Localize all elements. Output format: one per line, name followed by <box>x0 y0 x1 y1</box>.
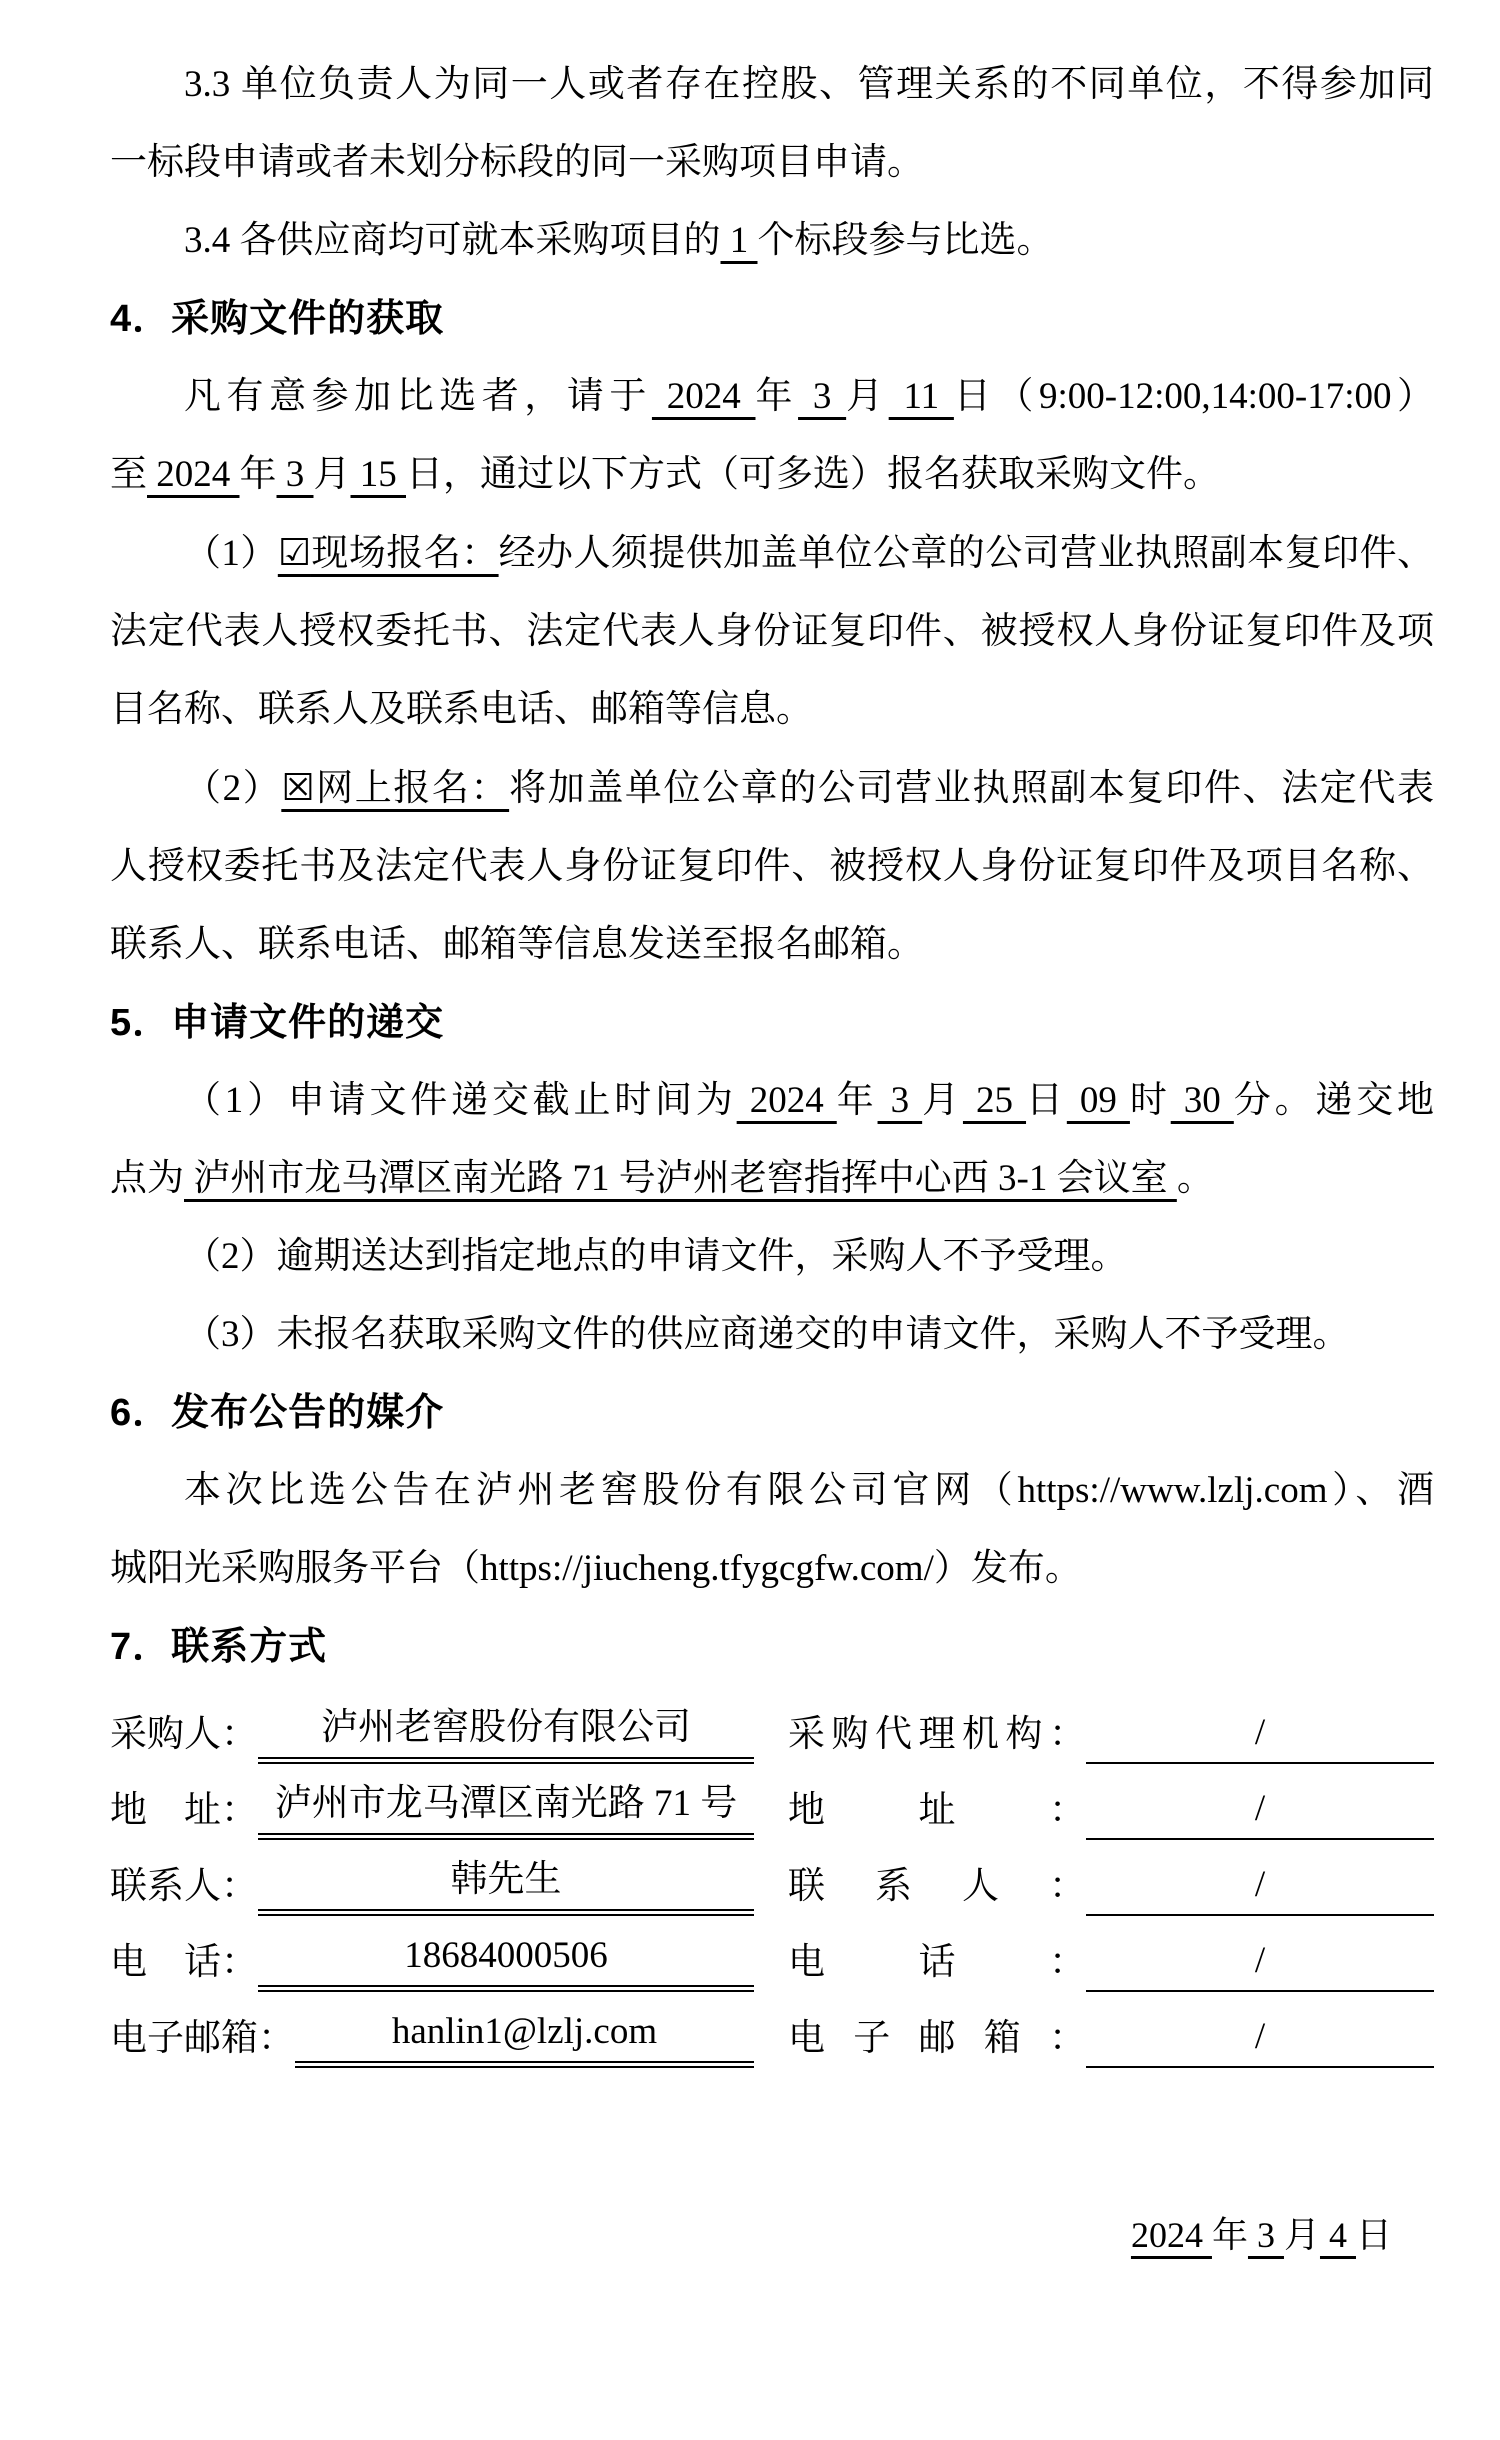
text-run: 经办人须提供加盖单位公章的公司营业执照副本复印件、 <box>499 533 1434 574</box>
paragraph: 3.3 单位负责人为同一人或者存在控股、管理关系的不同单位，不得参加同一标段申请… <box>110 46 1434 202</box>
text-run: 3.4 各供应商均可就本采购项目的 <box>184 220 721 261</box>
contact-table: 采购人：泸州老窖股份有限公司采购代理机构：/地 址：泸州市龙马潭区南光路 71 … <box>110 1688 1434 2068</box>
contact-label: 联系人： <box>788 1858 1086 1916</box>
text-line: 至 2024 年 3 月 15 日，通过以下方式（可多选）报名获取采购文件。 <box>110 436 1434 514</box>
text-line: 城阳光采购服务平台（https://jiucheng.tfygcgfw.com/… <box>110 1530 1434 1608</box>
date-segment: 2024 <box>1131 2215 1212 2255</box>
contact-value: 泸州市龙马潭区南光路 71 号 <box>258 1775 754 1840</box>
text-run: 3 <box>277 454 314 495</box>
text-run: 凡有意参加比选者，请于 <box>184 376 652 417</box>
text-run: 。 <box>1177 1158 1214 1199</box>
paragraph: 本次比选公告在泸州老窖股份有限公司官网（https://www.lzlj.com… <box>110 1452 1434 1608</box>
contact-label: 联系人： <box>110 1858 258 1916</box>
text-run: 城阳光采购服务平台（https://jiucheng.tfygcgfw.com/… <box>110 1548 1082 1589</box>
contact-left-pair: 电子邮箱：hanlin1@lzlj.com <box>110 2003 754 2068</box>
text-run: 年 <box>837 1080 878 1121</box>
text-run: 3 <box>878 1080 923 1121</box>
contact-row: 电 话：18684000506电话：/ <box>110 1916 1434 1992</box>
contact-value: 18684000506 <box>258 1927 754 1992</box>
text-run: 一标段申请或者未划分标段的同一采购项目申请。 <box>110 142 924 183</box>
paragraph: （3）未报名获取采购文件的供应商递交的申请文件，采购人不予受理。 <box>110 1296 1434 1374</box>
text-run: 至 <box>110 454 147 495</box>
text-run: 2024 <box>652 376 756 417</box>
issue-date: 2024 年 3 月 4 日 <box>110 2196 1434 2274</box>
text-run: 11 <box>889 376 954 417</box>
text-run: 时 <box>1130 1080 1171 1121</box>
text-line: （2）逾期送达到指定地点的申请文件，采购人不予受理。 <box>110 1218 1434 1296</box>
checked-checkbox-icon: ☑ <box>278 531 311 574</box>
text-run: 3 <box>798 376 846 417</box>
contact-label: 电 话： <box>110 1934 258 1992</box>
text-run: 目名称、联系人及联系电话、邮箱等信息。 <box>110 689 813 730</box>
date-segment: 3 <box>1248 2215 1284 2255</box>
contact-value: / <box>1086 1932 1434 1992</box>
contact-label: 电子邮箱： <box>788 2010 1086 2068</box>
text-run: 5．申请文件的递交 <box>110 1002 444 1044</box>
date-segment: 年 <box>1212 2215 1248 2255</box>
text-line: （1）☑现场报名：经办人须提供加盖单位公章的公司营业执照副本复印件、 <box>110 514 1434 593</box>
text-run: 人授权委托书及法定代表人身份证复印件、被授权人身份证复印件及项目名称、 <box>110 846 1434 887</box>
paragraph: （2）逾期送达到指定地点的申请文件，采购人不予受理。 <box>110 1218 1434 1296</box>
text-run: （2）逾期送达到指定地点的申请文件，采购人不予受理。 <box>184 1236 1128 1277</box>
text-run: 日（9:00-12:00,14:00-17:00） <box>954 376 1434 417</box>
text-line: （1）申请文件递交截止时间为 2024 年 3 月 25 日 09 时 30 分… <box>110 1062 1434 1140</box>
paragraph: （1）☑现场报名：经办人须提供加盖单位公章的公司营业执照副本复印件、法定代表人授… <box>110 514 1434 749</box>
text-run: 网上报名： <box>314 768 509 809</box>
text-run: 泸州市龙马潭区南光路 71 号泸州老窖指挥中心西 3-1 会议室 <box>184 1158 1177 1199</box>
paragraph: （1）申请文件递交截止时间为 2024 年 3 月 25 日 09 时 30 分… <box>110 1062 1434 1218</box>
text-run: （2） <box>184 768 281 809</box>
contact-value: / <box>1086 2008 1434 2068</box>
date-segment: 月 <box>1284 2215 1320 2255</box>
contact-value: 泸州老窖股份有限公司 <box>258 1699 754 1764</box>
text-run: （1） <box>184 533 278 574</box>
contact-row: 地 址：泸州市龙马潭区南光路 71 号地址：/ <box>110 1764 1434 1840</box>
section-heading: 6．发布公告的媒介 <box>110 1374 1434 1452</box>
contact-left-pair: 采购人：泸州老窖股份有限公司 <box>110 1699 754 1764</box>
paragraph: 凡有意参加比选者，请于 2024 年 3 月 11 日（9:00-12:00,1… <box>110 358 1434 514</box>
text-run: 联系人、联系电话、邮箱等信息发送至报名邮箱。 <box>110 924 924 965</box>
contact-left-pair: 电 话：18684000506 <box>110 1927 754 1992</box>
section-heading: 7．联系方式 <box>110 1608 1434 1686</box>
text-run: 2024 <box>737 1080 837 1121</box>
text-run: 本次比选公告在泸州老窖股份有限公司官网（https://www.lzlj.com… <box>184 1470 1434 1511</box>
text-run: 15 <box>351 454 407 495</box>
text-run: （3）未报名获取采购文件的供应商递交的申请文件，采购人不予受理。 <box>184 1314 1350 1355</box>
text-run: 个标段参与比选。 <box>758 220 1054 261</box>
text-run: 现场报名： <box>311 533 499 574</box>
text-line: 4．采购文件的获取 <box>110 280 1434 358</box>
text-line: 法定代表人授权委托书、法定代表人身份证复印件、被授权人身份证复印件及项 <box>110 593 1434 671</box>
text-run: 09 <box>1067 1080 1130 1121</box>
text-run: 1 <box>721 220 758 261</box>
text-run: 3.3 单位负责人为同一人或者存在控股、管理关系的不同单位，不得参加同 <box>184 64 1434 105</box>
text-run: 年 <box>756 376 799 417</box>
contact-label: 电子邮箱： <box>110 2010 295 2068</box>
contact-right-pair: 电话：/ <box>788 1932 1434 1992</box>
contact-right-pair: 电子邮箱：/ <box>788 2008 1434 2068</box>
text-run: 月 <box>846 376 889 417</box>
contact-value: / <box>1086 1704 1434 1764</box>
text-line: 5．申请文件的递交 <box>110 984 1434 1062</box>
text-run: 将加盖单位公章的公司营业执照副本复印件、法定代表 <box>509 768 1434 809</box>
contact-right-pair: 地址：/ <box>788 1780 1434 1840</box>
procurement-notice-page: 3.3 单位负责人为同一人或者存在控股、管理关系的不同单位，不得参加同一标段申请… <box>0 0 1500 2440</box>
text-line: （2）☒网上报名：将加盖单位公章的公司营业执照副本复印件、法定代表 <box>110 749 1434 828</box>
section-heading: 5．申请文件的递交 <box>110 984 1434 1062</box>
contact-left-pair: 联系人：韩先生 <box>110 1851 754 1916</box>
contact-label: 地 址： <box>110 1782 258 1840</box>
contact-label: 采购人： <box>110 1706 258 1764</box>
contact-row: 电子邮箱：hanlin1@lzlj.com电子邮箱：/ <box>110 1992 1434 2068</box>
text-line: 3.3 单位负责人为同一人或者存在控股、管理关系的不同单位，不得参加同 <box>110 46 1434 124</box>
text-run: 6．发布公告的媒介 <box>110 1392 444 1434</box>
text-run: 日，通过以下方式（可多选）报名获取采购文件。 <box>406 454 1220 495</box>
paragraph: （2）☒网上报名：将加盖单位公章的公司营业执照副本复印件、法定代表人授权委托书及… <box>110 749 1434 984</box>
section-heading: 4．采购文件的获取 <box>110 280 1434 358</box>
text-run: 月 <box>314 454 351 495</box>
contact-right-pair: 联系人：/ <box>788 1856 1434 1916</box>
text-line: 7．联系方式 <box>110 1608 1434 1686</box>
text-run: 法定代表人授权委托书、法定代表人身份证复印件、被授权人身份证复印件及项 <box>110 611 1434 652</box>
text-line: 6．发布公告的媒介 <box>110 1374 1434 1452</box>
text-run: 点为 <box>110 1158 184 1199</box>
text-line: 一标段申请或者未划分标段的同一采购项目申请。 <box>110 124 1434 202</box>
text-run: （1）申请文件递交截止时间为 <box>184 1080 737 1121</box>
contact-label: 电话： <box>788 1934 1086 1992</box>
text-line: 目名称、联系人及联系电话、邮箱等信息。 <box>110 671 1434 749</box>
text-run: 年 <box>240 454 277 495</box>
text-run: 日 <box>1026 1080 1067 1121</box>
contact-value: / <box>1086 1856 1434 1916</box>
date-segment: 4 <box>1320 2215 1356 2255</box>
paragraph: 3.4 各供应商均可就本采购项目的 1 个标段参与比选。 <box>110 202 1434 280</box>
text-line: 本次比选公告在泸州老窖股份有限公司官网（https://www.lzlj.com… <box>110 1452 1434 1530</box>
contact-value: 韩先生 <box>258 1851 754 1916</box>
text-run: 4．采购文件的获取 <box>110 298 444 340</box>
contact-left-pair: 地 址：泸州市龙马潭区南光路 71 号 <box>110 1775 754 1840</box>
contact-value: hanlin1@lzlj.com <box>295 2003 754 2068</box>
contact-value: / <box>1086 1780 1434 1840</box>
contact-right-pair: 采购代理机构：/ <box>788 1704 1434 1764</box>
text-line: 人授权委托书及法定代表人身份证复印件、被授权人身份证复印件及项目名称、 <box>110 828 1434 906</box>
contact-row: 联系人：韩先生联系人：/ <box>110 1840 1434 1916</box>
text-run: 2024 <box>147 454 240 495</box>
text-line: 3.4 各供应商均可就本采购项目的 1 个标段参与比选。 <box>110 202 1434 280</box>
text-line: （3）未报名获取采购文件的供应商递交的申请文件，采购人不予受理。 <box>110 1296 1434 1374</box>
contact-label: 采购代理机构： <box>788 1706 1086 1764</box>
text-line: 联系人、联系电话、邮箱等信息发送至报名邮箱。 <box>110 906 1434 984</box>
contact-row: 采购人：泸州老窖股份有限公司采购代理机构：/ <box>110 1688 1434 1764</box>
text-run: 30 <box>1171 1080 1234 1121</box>
crossed-checkbox-icon: ☒ <box>281 766 314 809</box>
date-segment: 日 <box>1356 2215 1392 2255</box>
contact-label: 地址： <box>788 1782 1086 1840</box>
text-line: 点为 泸州市龙马潭区南光路 71 号泸州老窖指挥中心西 3-1 会议室 。 <box>110 1140 1434 1218</box>
text-run: 7．联系方式 <box>110 1626 327 1668</box>
text-run: 25 <box>963 1080 1026 1121</box>
document-body: 3.3 单位负责人为同一人或者存在控股、管理关系的不同单位，不得参加同一标段申请… <box>110 46 1434 1686</box>
text-run: 分。递交地 <box>1234 1080 1434 1121</box>
text-line: 凡有意参加比选者，请于 2024 年 3 月 11 日（9:00-12:00,1… <box>110 358 1434 436</box>
text-run: 月 <box>922 1080 963 1121</box>
